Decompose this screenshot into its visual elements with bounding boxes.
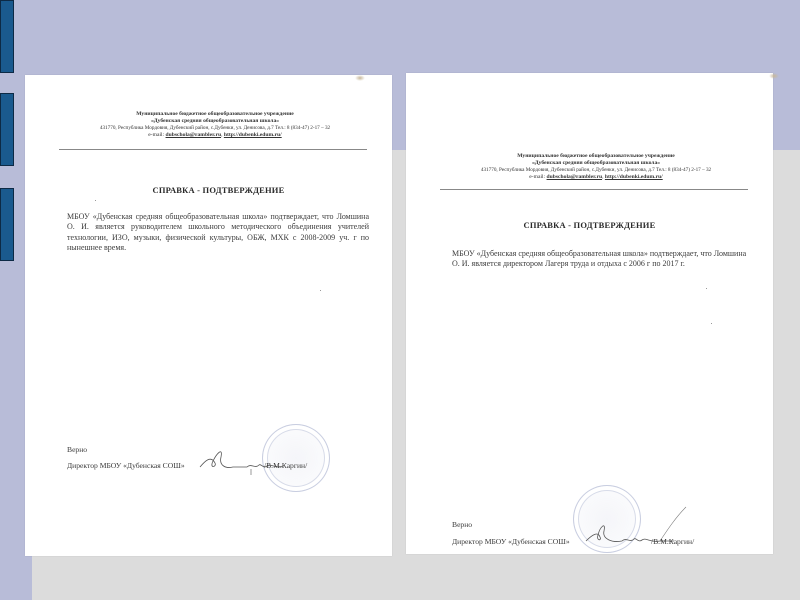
letterhead-divider <box>440 189 748 190</box>
scan-speck <box>711 323 712 324</box>
scan-speck <box>706 288 707 289</box>
letterhead: Муниципальное бюджетное общеобразователь… <box>65 111 365 139</box>
decorative-bar <box>0 0 14 73</box>
email-link[interactable]: dubschola@rambler.ru <box>166 132 222 138</box>
email-label: e-mail: <box>529 174 545 180</box>
director-label: Директор МБОУ «Дубенская СОШ» <box>67 461 185 470</box>
website-link[interactable]: http://dubenki.edum.ru/ <box>224 132 282 138</box>
document-title: СПРАВКА - ПОДТВЕРЖДЕНИЕ <box>35 185 402 195</box>
org-name: Муниципальное бюджетное общеобразователь… <box>65 111 365 118</box>
address: 431770, Республика Мордовия, Дубенский р… <box>446 167 746 174</box>
signatory-name: /В.М.Каргин/ <box>651 537 694 546</box>
document-body: МБОУ «Дубенская средняя общеобразователь… <box>452 249 752 270</box>
school-name: «Дубенская средняя общеобразовательная ш… <box>65 118 365 125</box>
contacts: e-mail: dubschola@rambler.ru, http://dub… <box>65 132 365 139</box>
verno-label: Верно <box>67 445 87 454</box>
address: 431770, Республика Мордовия, Дубенский р… <box>65 125 365 132</box>
email-label: e-mail: <box>148 132 164 138</box>
decorative-bar <box>0 93 14 166</box>
contacts: e-mail: dubschola@rambler.ru, http://dub… <box>446 174 746 181</box>
staple-mark <box>769 73 779 79</box>
document-body: МБОУ «Дубенская средняя общеобразователь… <box>67 212 369 253</box>
letterhead: Муниципальное бюджетное общеобразователь… <box>446 153 746 181</box>
document-scan-left: Муниципальное бюджетное общеобразователь… <box>25 75 392 556</box>
scan-speck <box>320 290 321 291</box>
verno-label: Верно <box>452 520 472 529</box>
staple-mark <box>355 75 365 81</box>
decorative-bar <box>0 188 14 261</box>
document-scan-right: Муниципальное бюджетное общеобразователь… <box>406 73 773 554</box>
signatory-name: /В.М.Каргин/ <box>264 461 307 470</box>
scan-speck <box>95 200 96 201</box>
director-label: Директор МБОУ «Дубенская СОШ» <box>452 537 570 546</box>
website-link[interactable]: http://dubenki.edum.ru/ <box>605 174 663 180</box>
school-name: «Дубенская средняя общеобразовательная ш… <box>446 160 746 167</box>
document-title: СПРАВКА - ПОДТВЕРЖДЕНИЕ <box>406 220 773 230</box>
letterhead-divider <box>59 149 367 150</box>
email-link[interactable]: dubschola@rambler.ru <box>547 174 603 180</box>
org-name: Муниципальное бюджетное общеобразователь… <box>446 153 746 160</box>
